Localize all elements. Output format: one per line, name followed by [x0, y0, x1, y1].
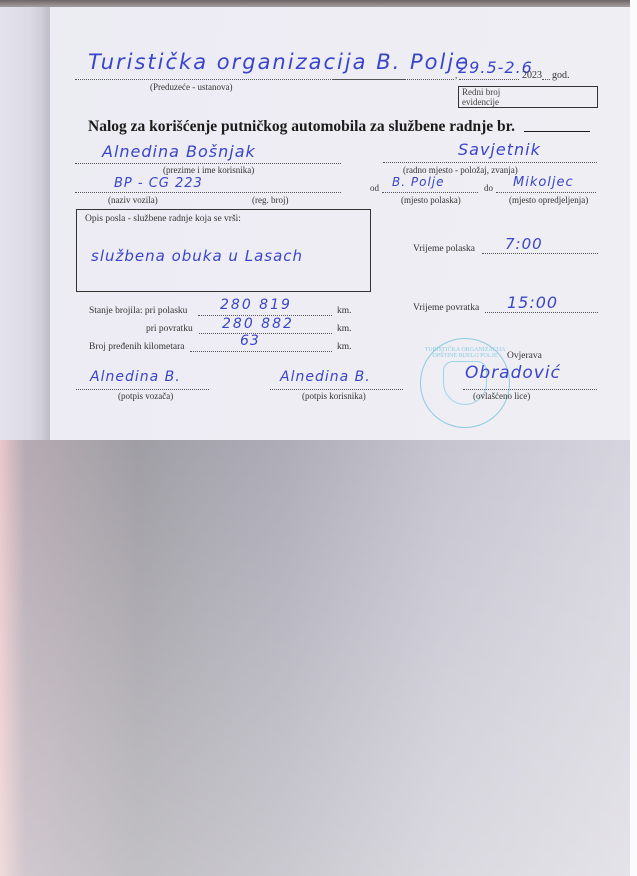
page-binding: [0, 7, 50, 440]
organization-value: Turistička organizacija B. Polje: [88, 50, 470, 74]
user-signature-label: (potpis korisnika): [302, 391, 366, 401]
route-to-label: (mjesto opredjeljenja): [509, 195, 588, 205]
route-from-field[interactable]: [382, 192, 478, 193]
odometer-return-value: 280 882: [222, 316, 294, 332]
authorized-signature-label: (ovlašćeno lice): [473, 391, 530, 401]
authorized-signature-value: Obradović: [465, 363, 561, 383]
route-from-value: B. Polje: [392, 175, 445, 189]
official-stamp: TURISTIČKA ORGANIZACIJA OPŠTINE BIJELO P…: [420, 338, 510, 428]
stamp-text: TURISTIČKA ORGANIZACIJA OPŠTINE BIJELO P…: [421, 347, 509, 359]
year-suffix: god.: [552, 70, 570, 81]
departure-time-value: 7:00: [505, 235, 543, 253]
odometer-return-label: pri povratku: [146, 324, 193, 334]
vehicle-value: BP - CG 223: [114, 176, 203, 191]
departure-time-label: Vrijeme polaska: [413, 244, 475, 254]
job-description-value: službena obuka u Lasach: [91, 247, 303, 265]
route-to-value: Mikoljec: [513, 175, 574, 190]
date-field[interactable]: [459, 79, 519, 80]
user-value: Alnedina Bošnjak: [102, 142, 256, 161]
odometer-unit-2: km.: [337, 324, 352, 334]
comma: ,: [455, 70, 457, 80]
vehicle-reg-label: (reg. broj): [252, 195, 288, 205]
distance-field[interactable]: [190, 351, 332, 352]
distance-label: Broj pređenih kilometara: [89, 342, 185, 352]
record-number-box[interactable]: Redni broj evidencije: [458, 86, 598, 108]
position-label: (radno mjesto - položaj, zvanja): [403, 165, 518, 175]
route-to-field[interactable]: [496, 192, 596, 193]
driver-signature-value: Alnedina B.: [90, 369, 181, 385]
vehicle-field[interactable]: [75, 192, 341, 193]
user-label: (prezime i ime korisnika): [163, 165, 254, 175]
return-time-field[interactable]: [485, 312, 598, 313]
vehicle-name-label: (naziv vozila): [108, 195, 158, 205]
blank-lower-page: [0, 440, 630, 876]
record-label-2: evidencije: [462, 97, 499, 107]
odometer-departure-value: 280 819: [220, 297, 292, 313]
organization-field-extra: [332, 79, 454, 80]
odometer-unit-1: km.: [337, 306, 352, 316]
return-time-label: Vrijeme povratka: [413, 303, 479, 313]
form-number-field[interactable]: [524, 131, 590, 132]
odometer-return-field[interactable]: [199, 333, 332, 334]
departure-time-field[interactable]: [482, 253, 598, 254]
position-value: Savjetnik: [458, 140, 541, 159]
scan-right-edge: [630, 0, 637, 876]
user-field[interactable]: [75, 163, 341, 164]
year-dots: [542, 79, 550, 80]
route-from-prefix: od: [370, 183, 379, 193]
authorized-signature-field[interactable]: [463, 389, 597, 390]
form-title: Nalog za korišćenje putničkog automobila…: [88, 118, 515, 136]
year-value: 2023: [522, 70, 542, 81]
odometer-unit-3: km.: [337, 342, 352, 352]
job-description-box[interactable]: Opis posla - službene radnje koja se vrš…: [76, 209, 371, 292]
route-to-prefix: do: [484, 183, 493, 193]
return-time-value: 15:00: [507, 293, 558, 312]
user-signature-field[interactable]: [270, 389, 403, 390]
driver-signature-label: (potpis vozača): [118, 391, 173, 401]
route-from-label: (mjesto polaska): [401, 195, 461, 205]
organization-label: (Preduzeće - ustanova): [150, 82, 232, 92]
record-label-1: Redni broj: [462, 87, 500, 97]
odometer-departure-label: Stanje brojila: pri polasku: [89, 306, 187, 316]
driver-signature-field[interactable]: [76, 389, 209, 390]
distance-value: 63: [240, 333, 260, 349]
position-field[interactable]: [383, 162, 597, 163]
user-signature-value: Alnedina B.: [280, 369, 371, 385]
verify-title: Ovjerava: [507, 351, 542, 361]
job-description-label: Opis posla - službene radnje koja se vrš…: [85, 214, 241, 224]
